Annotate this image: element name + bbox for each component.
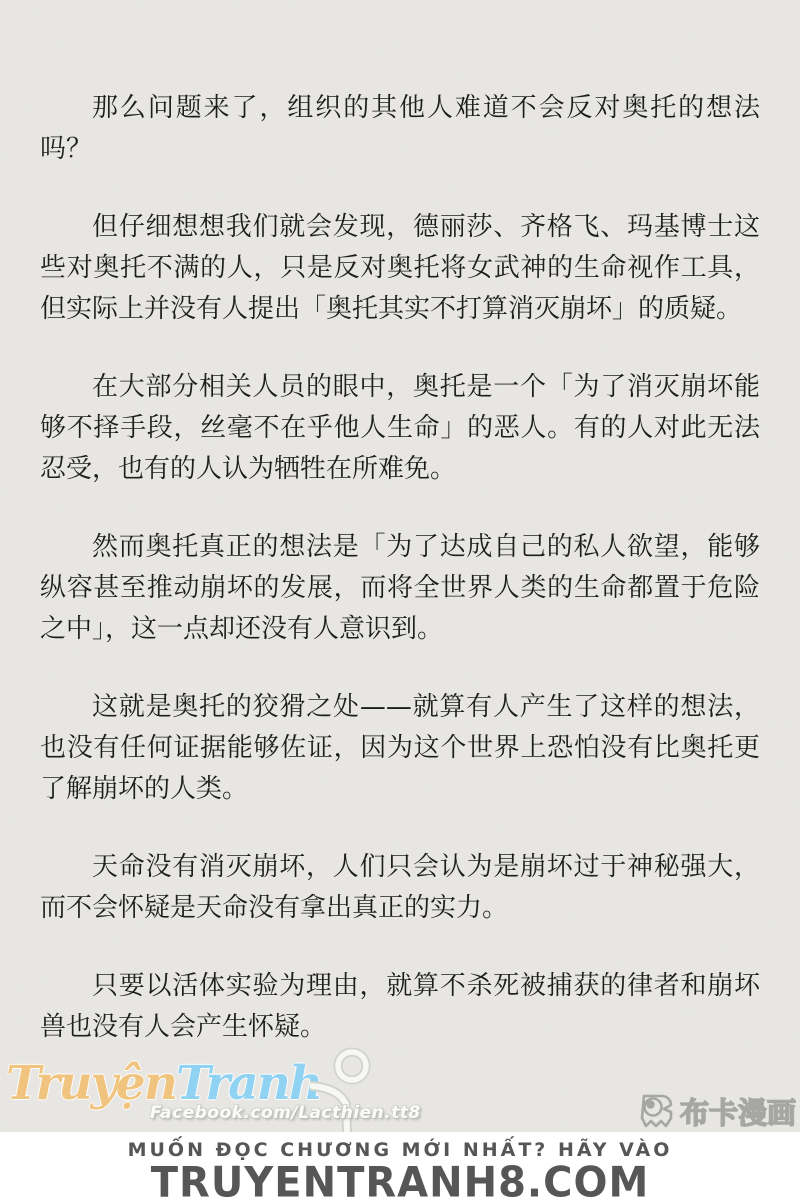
truyentranh-logo: TruyệnTranh — [6, 1058, 321, 1110]
paragraph-2: 但仔细想想我们就会发现，德丽莎、齐格飞、玛基博士这些对奥托不满的人，只是反对奥托… — [40, 207, 760, 330]
paragraph-1: 那么问题来了，组织的其他人难道不会反对奥托的想法吗？ — [40, 88, 760, 170]
paper-background: 那么问题来了，组织的其他人难道不会反对奥托的想法吗？ 但仔细想想我们就会发现，德… — [0, 0, 800, 1132]
paragraph-7: 只要以活体实验为理由，就算不杀死被捕获的律者和崩坏兽也没有人会产生怀疑。 — [40, 966, 760, 1048]
buka-face-icon: 布卡漫画 — [636, 1090, 796, 1132]
facebook-credit: Facebook.com/Lacthien.tt8 — [150, 1103, 421, 1123]
paragraph-5: 这就是奥托的狡猾之处——就算有人产生了这样的想法，也没有任何证据能够佐证，因为这… — [40, 687, 760, 810]
paragraph-4: 然而奥托真正的想法是「为了达成自己的私人欲望，能够纵容甚至推动崩坏的发展，而将全… — [40, 527, 760, 650]
footer-site-url: TRUYENTRANH8.COM — [0, 1162, 800, 1203]
article-text: 那么问题来了，组织的其他人难道不会反对奥托的想法吗？ 但仔细想想我们就会发现，德… — [40, 88, 760, 1085]
footer-banner: MUỐN ĐỌC CHƯƠNG MỚI NHẤT? HÃY VÀO TRUYEN… — [0, 1132, 800, 1203]
manga-text-page: 那么问题来了，组织的其他人难道不会反对奥托的想法吗？ 但仔细想想我们就会发现，德… — [0, 0, 800, 1203]
footer-callout: MUỐN ĐỌC CHƯƠNG MỚI NHẤT? HÃY VÀO — [0, 1140, 800, 1161]
buka-manga-logo: 布卡漫画 — [636, 1090, 796, 1132]
paragraph-6: 天命没有消灭崩坏，人们只会认为是崩坏过于神秘强大，而不会怀疑是天命没有拿出真正的… — [40, 847, 760, 929]
paragraph-3: 在大部分相关人员的眼中，奥托是一个「为了消灭崩坏能够不择手段，丝毫不在乎他人生命… — [40, 367, 760, 490]
buka-label-text: 布卡漫画 — [680, 1096, 796, 1130]
